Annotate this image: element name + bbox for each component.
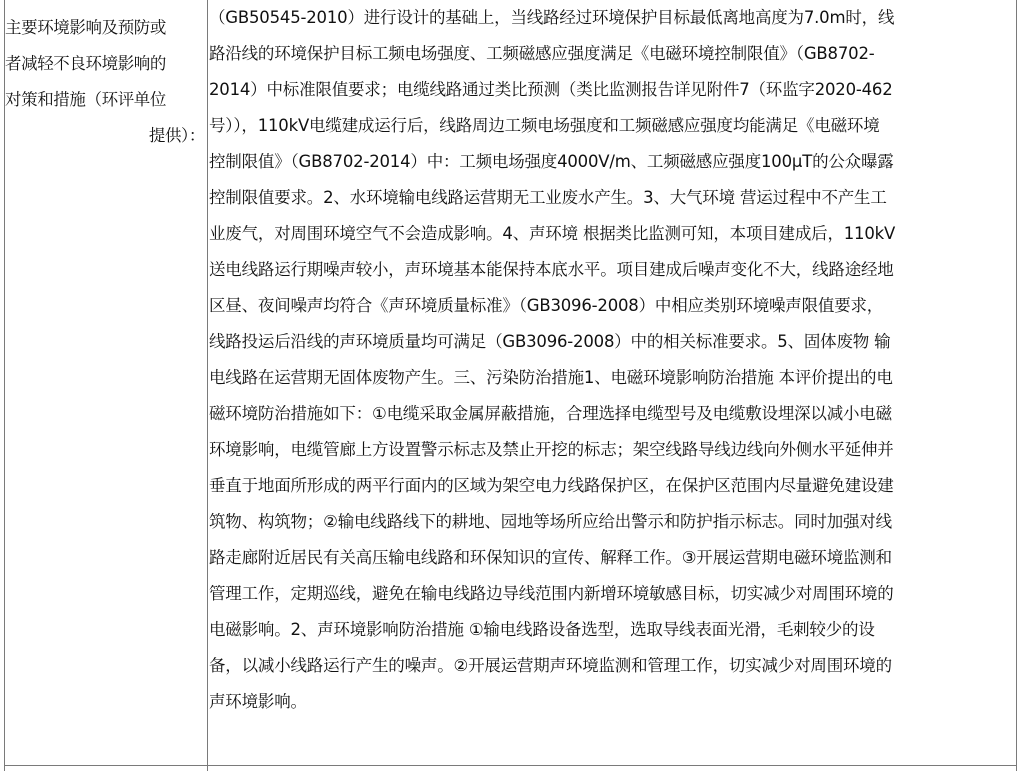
- row-content-cell: （GB50545-2010）进行设计的基础上，当线路经过环境保护目标最低离地高度…: [209, 0, 1015, 720]
- row-label-line: 提供）：: [5, 118, 205, 154]
- content-line: 垂直于地面所形成的两平行面内的区域为架空电力线路保护区，在保护区范围内尽量避免建…: [209, 468, 1015, 504]
- content-line: 电线路在运营期无固体废物产生。三、污染防治措施1、电磁环境影响防治措施 本评价提…: [209, 360, 1015, 396]
- row-label-line: 对策和措施（环评单位: [5, 82, 205, 118]
- content-line: 号）），110kV电缆建成运行后，线路周边工频电场强度和工频磁感应强度均能满足《…: [209, 108, 1015, 144]
- content-line: 环境影响，电缆管廊上方设置警示标志及禁止开挖的标志；架空线路导线边线向外侧水平延…: [209, 432, 1015, 468]
- content-line: 管理工作，定期巡线，避免在输电线路边导线范围内新增环境敏感目标，切实减少对周围环…: [209, 576, 1015, 612]
- content-line: 控制限值要求。2、水环境输电线路运营期无工业废水产生。3、大气环境 营运过程中不…: [209, 180, 1015, 216]
- content-line: 路沿线的环境保护目标工频电场强度、工频磁感应强度满足《电磁环境控制限值》（GB8…: [209, 36, 1015, 72]
- row-label-line: 主要环境影响及预防或: [5, 10, 205, 46]
- row-label-line: 者减轻不良环境影响的: [5, 46, 205, 82]
- content-line: 电磁影响。2、声环境影响防治措施 ①输电线路设备选型，选取导线表面光滑，毛刺较少…: [209, 612, 1015, 648]
- table-border-right: [1016, 0, 1017, 771]
- content-line: 磁环境防治措施如下：①电缆采取金属屏蔽措施，合理选择电缆型号及电缆敷设埋深以减小…: [209, 396, 1015, 432]
- content-line: 控制限值》（GB8702-2014）中：工频电场强度4000V/m、工频磁感应强…: [209, 144, 1015, 180]
- row-bottom-border: [4, 765, 1016, 766]
- row-label-cell: 主要环境影响及预防或 者减轻不良环境影响的 对策和措施（环评单位 提供）：: [5, 10, 205, 154]
- content-line: 声环境影响。: [209, 684, 1015, 720]
- column-divider: [207, 0, 208, 771]
- content-line: （GB50545-2010）进行设计的基础上，当线路经过环境保护目标最低离地高度…: [209, 0, 1015, 36]
- content-line: 线路投运后沿线的声环境质量均可满足（GB3096-2008）中的相关标准要求。5…: [209, 324, 1015, 360]
- content-line: 区昼、夜间噪声均符合《声环境质量标准》（GB3096-2008）中相应类别环境噪…: [209, 288, 1015, 324]
- content-line: 2014）中标准限值要求；电缆线路通过类比预测（类比监测报告详见附件7（环监字2…: [209, 72, 1015, 108]
- content-line: 筑物、构筑物；②输电线路线下的耕地、园地等场所应给出警示和防护指示标志。同时加强…: [209, 504, 1015, 540]
- content-line: 业废气，对周围环境空气不会造成影响。4、声环境 根据类比监测可知，本项目建成后，…: [209, 216, 1015, 252]
- content-line: 备，以减小线路运行产生的噪声。②开展运营期声环境监测和管理工作，切实减少对周围环…: [209, 648, 1015, 684]
- content-line: 送电线路运行期噪声较小，声环境基本能保持本底水平。项目建成后噪声变化不大，线路途…: [209, 252, 1015, 288]
- content-line: 路走廊附近居民有关高压输电线路和环保知识的宣传、解释工作。③开展运营期电磁环境监…: [209, 540, 1015, 576]
